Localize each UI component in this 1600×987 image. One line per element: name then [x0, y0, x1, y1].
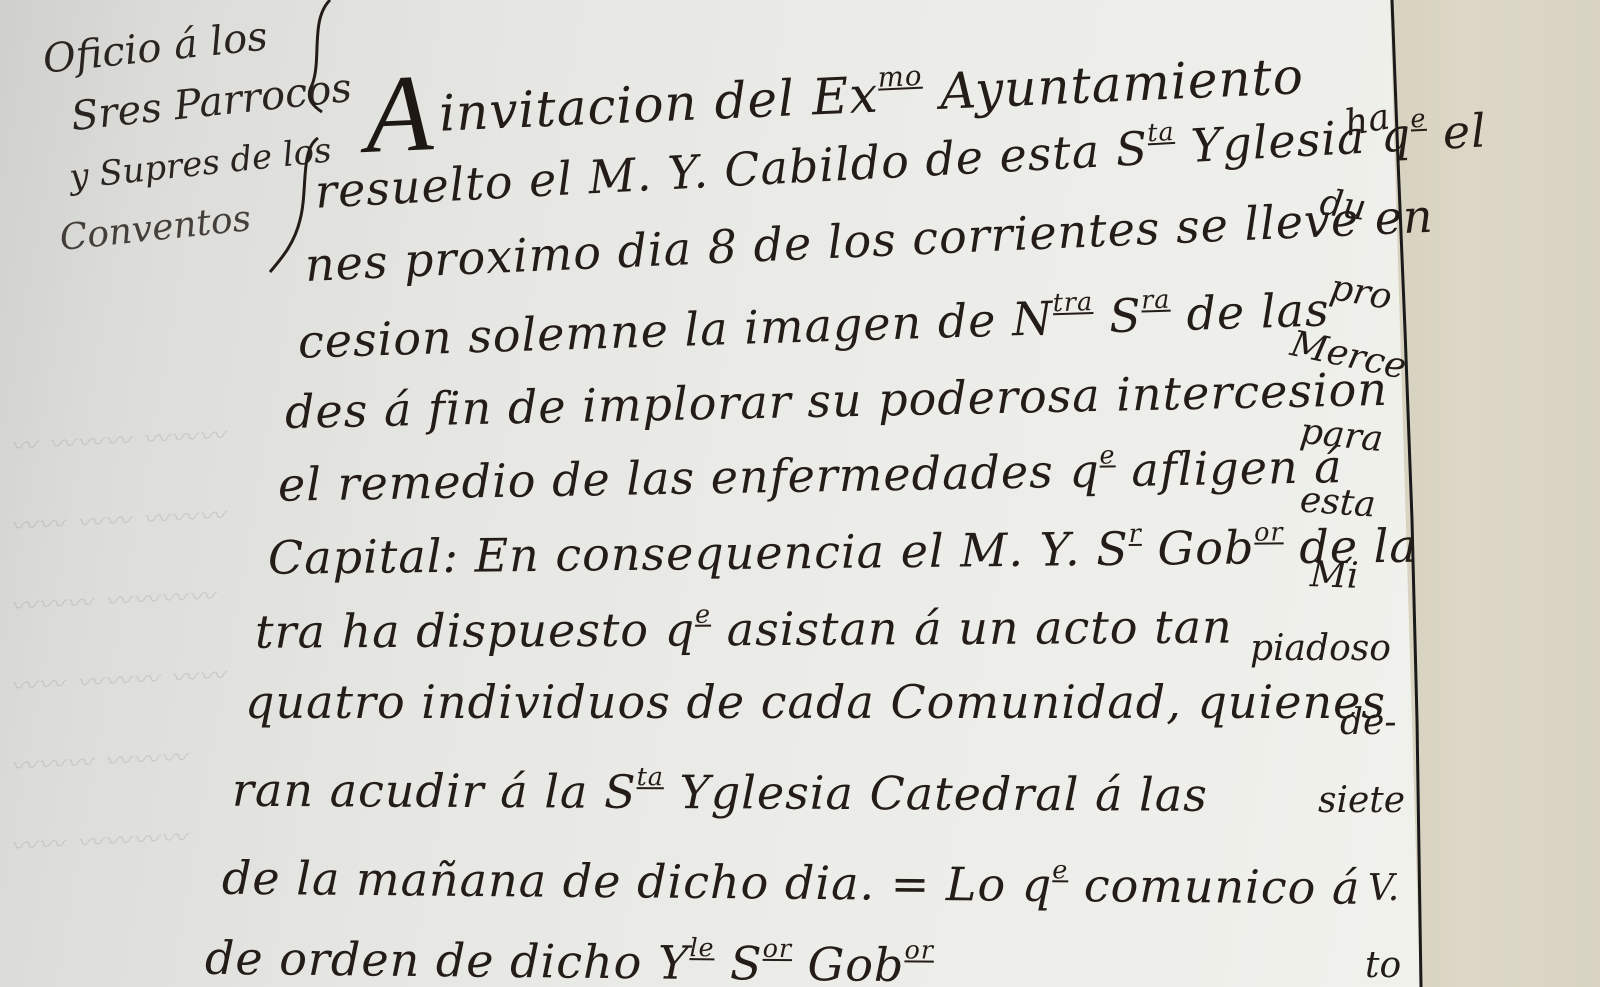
- edge-fragment: piadoso: [1250, 628, 1391, 669]
- body-line-5: des á fin de implorar su poderosa interc…: [284, 362, 1388, 439]
- edge-fragment: pro: [1327, 267, 1395, 318]
- edge-fragment: Mi: [1309, 554, 1359, 597]
- edge-fragment: ha: [1342, 96, 1393, 144]
- edge-fragment: V.: [1368, 868, 1399, 909]
- edge-fragment: esta: [1299, 479, 1377, 525]
- body-line-9: quatro individuos de cada Comunidad, qui…: [245, 675, 1386, 729]
- body-line-6: el remedio de las enfermedades qe aflige…: [278, 436, 1344, 511]
- body-line-12: de orden de dicho Yle Sor Gobor: [205, 928, 934, 987]
- edge-fragment: de-: [1340, 702, 1397, 743]
- body-line-11: de la mañana de dicho dia. = Lo qe comun…: [222, 848, 1361, 915]
- edge-fragment: du: [1317, 182, 1368, 229]
- body-line-4: cesion solemne la imagen de Ntra Sra de …: [297, 280, 1330, 369]
- body-line-8: tra ha dispuesto qe asistan á un acto ta…: [255, 597, 1233, 659]
- edge-fragment: to: [1365, 945, 1401, 986]
- body-line-10: ran acudir á la Sta Yglesia Catedral á l…: [232, 760, 1208, 822]
- edge-fragment: para: [1298, 411, 1385, 460]
- body-line-7: Capital: En consequencia el M. Y. Sr Gob…: [268, 516, 1418, 585]
- edge-fragment: siete: [1318, 780, 1405, 821]
- manuscript-body: Ainvitacion del Exmo Ayuntamiento resuel…: [0, 0, 1600, 987]
